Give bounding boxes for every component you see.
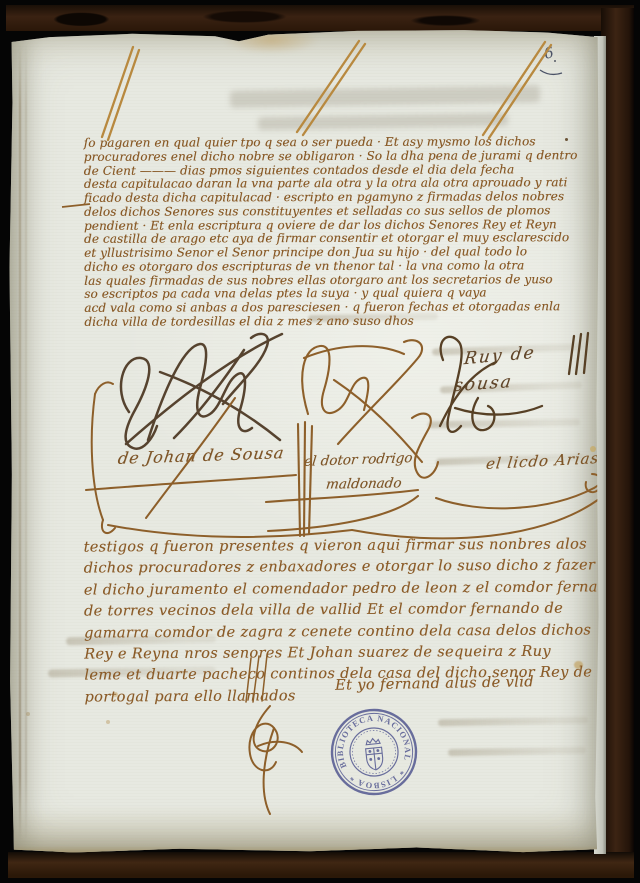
signature-flourish-dark-left: [121, 334, 282, 449]
manuscript-line: Rey e Reyna nros senores Et Johan suarez…: [84, 641, 596, 666]
manuscript-line: dicha villa de tordesillas el dia z mes …: [84, 314, 584, 329]
bleedthrough-ghost: [258, 113, 508, 130]
foxing-spot: [26, 712, 30, 716]
rubric-flourish: [249, 706, 302, 814]
bleedthrough-ghost: [448, 747, 586, 756]
gutter-crease: [19, 44, 21, 840]
signature-name-johan-de-sousa: de Johan de Sousa: [117, 443, 286, 468]
manuscript-line: de torres vecinos dela villa de vallid E…: [84, 599, 596, 624]
page: 6 ſo pagaren en qual quier tpo q sea o s…: [8, 28, 600, 855]
bleedthrough-ghost: [438, 717, 588, 727]
stamp-coat-of-arms: [365, 738, 384, 771]
manuscript-line: el dicho juramento el comendador pedro d…: [84, 577, 596, 602]
bleedthrough-ghost: [230, 85, 540, 107]
book-board-bottom: [8, 852, 634, 878]
signature-name-maldonado: maldonado: [325, 475, 402, 492]
folio-number: 6: [542, 43, 556, 63]
signature-flourish-arias: [108, 464, 600, 538]
gutter-crease-2: [25, 44, 27, 840]
signature-name-sousa: sousa: [453, 372, 514, 396]
signature-name-dotor-rodrigo: el dotor rodrigo: [303, 450, 413, 470]
library-stamp: BIBLIOTECA NACIONAL * LISBOA *: [319, 697, 429, 807]
manuscript-line: testigos q fueron presentes q vieron aqu…: [83, 534, 595, 559]
foxing-spot: [106, 720, 110, 724]
book-board-top: [6, 5, 634, 31]
folio-number-underline: [540, 70, 562, 74]
text-block-1: ſo pagaren en qual quier tpo q sea o ser…: [84, 135, 585, 329]
signature-flourish-maldonado: [266, 340, 438, 536]
manuscript-photo: 6 ſo pagaren en qual quier tpo q sea o s…: [0, 0, 640, 883]
bleedthrough-ghost: [428, 419, 580, 429]
manuscript-line: gamarra comdor de zagra z cenete contino…: [84, 620, 596, 645]
signature-name-licdo-arias: el licdo Arias: [485, 449, 600, 473]
manuscript-line: dichos procuradores z enbaxadores e otor…: [84, 556, 596, 581]
